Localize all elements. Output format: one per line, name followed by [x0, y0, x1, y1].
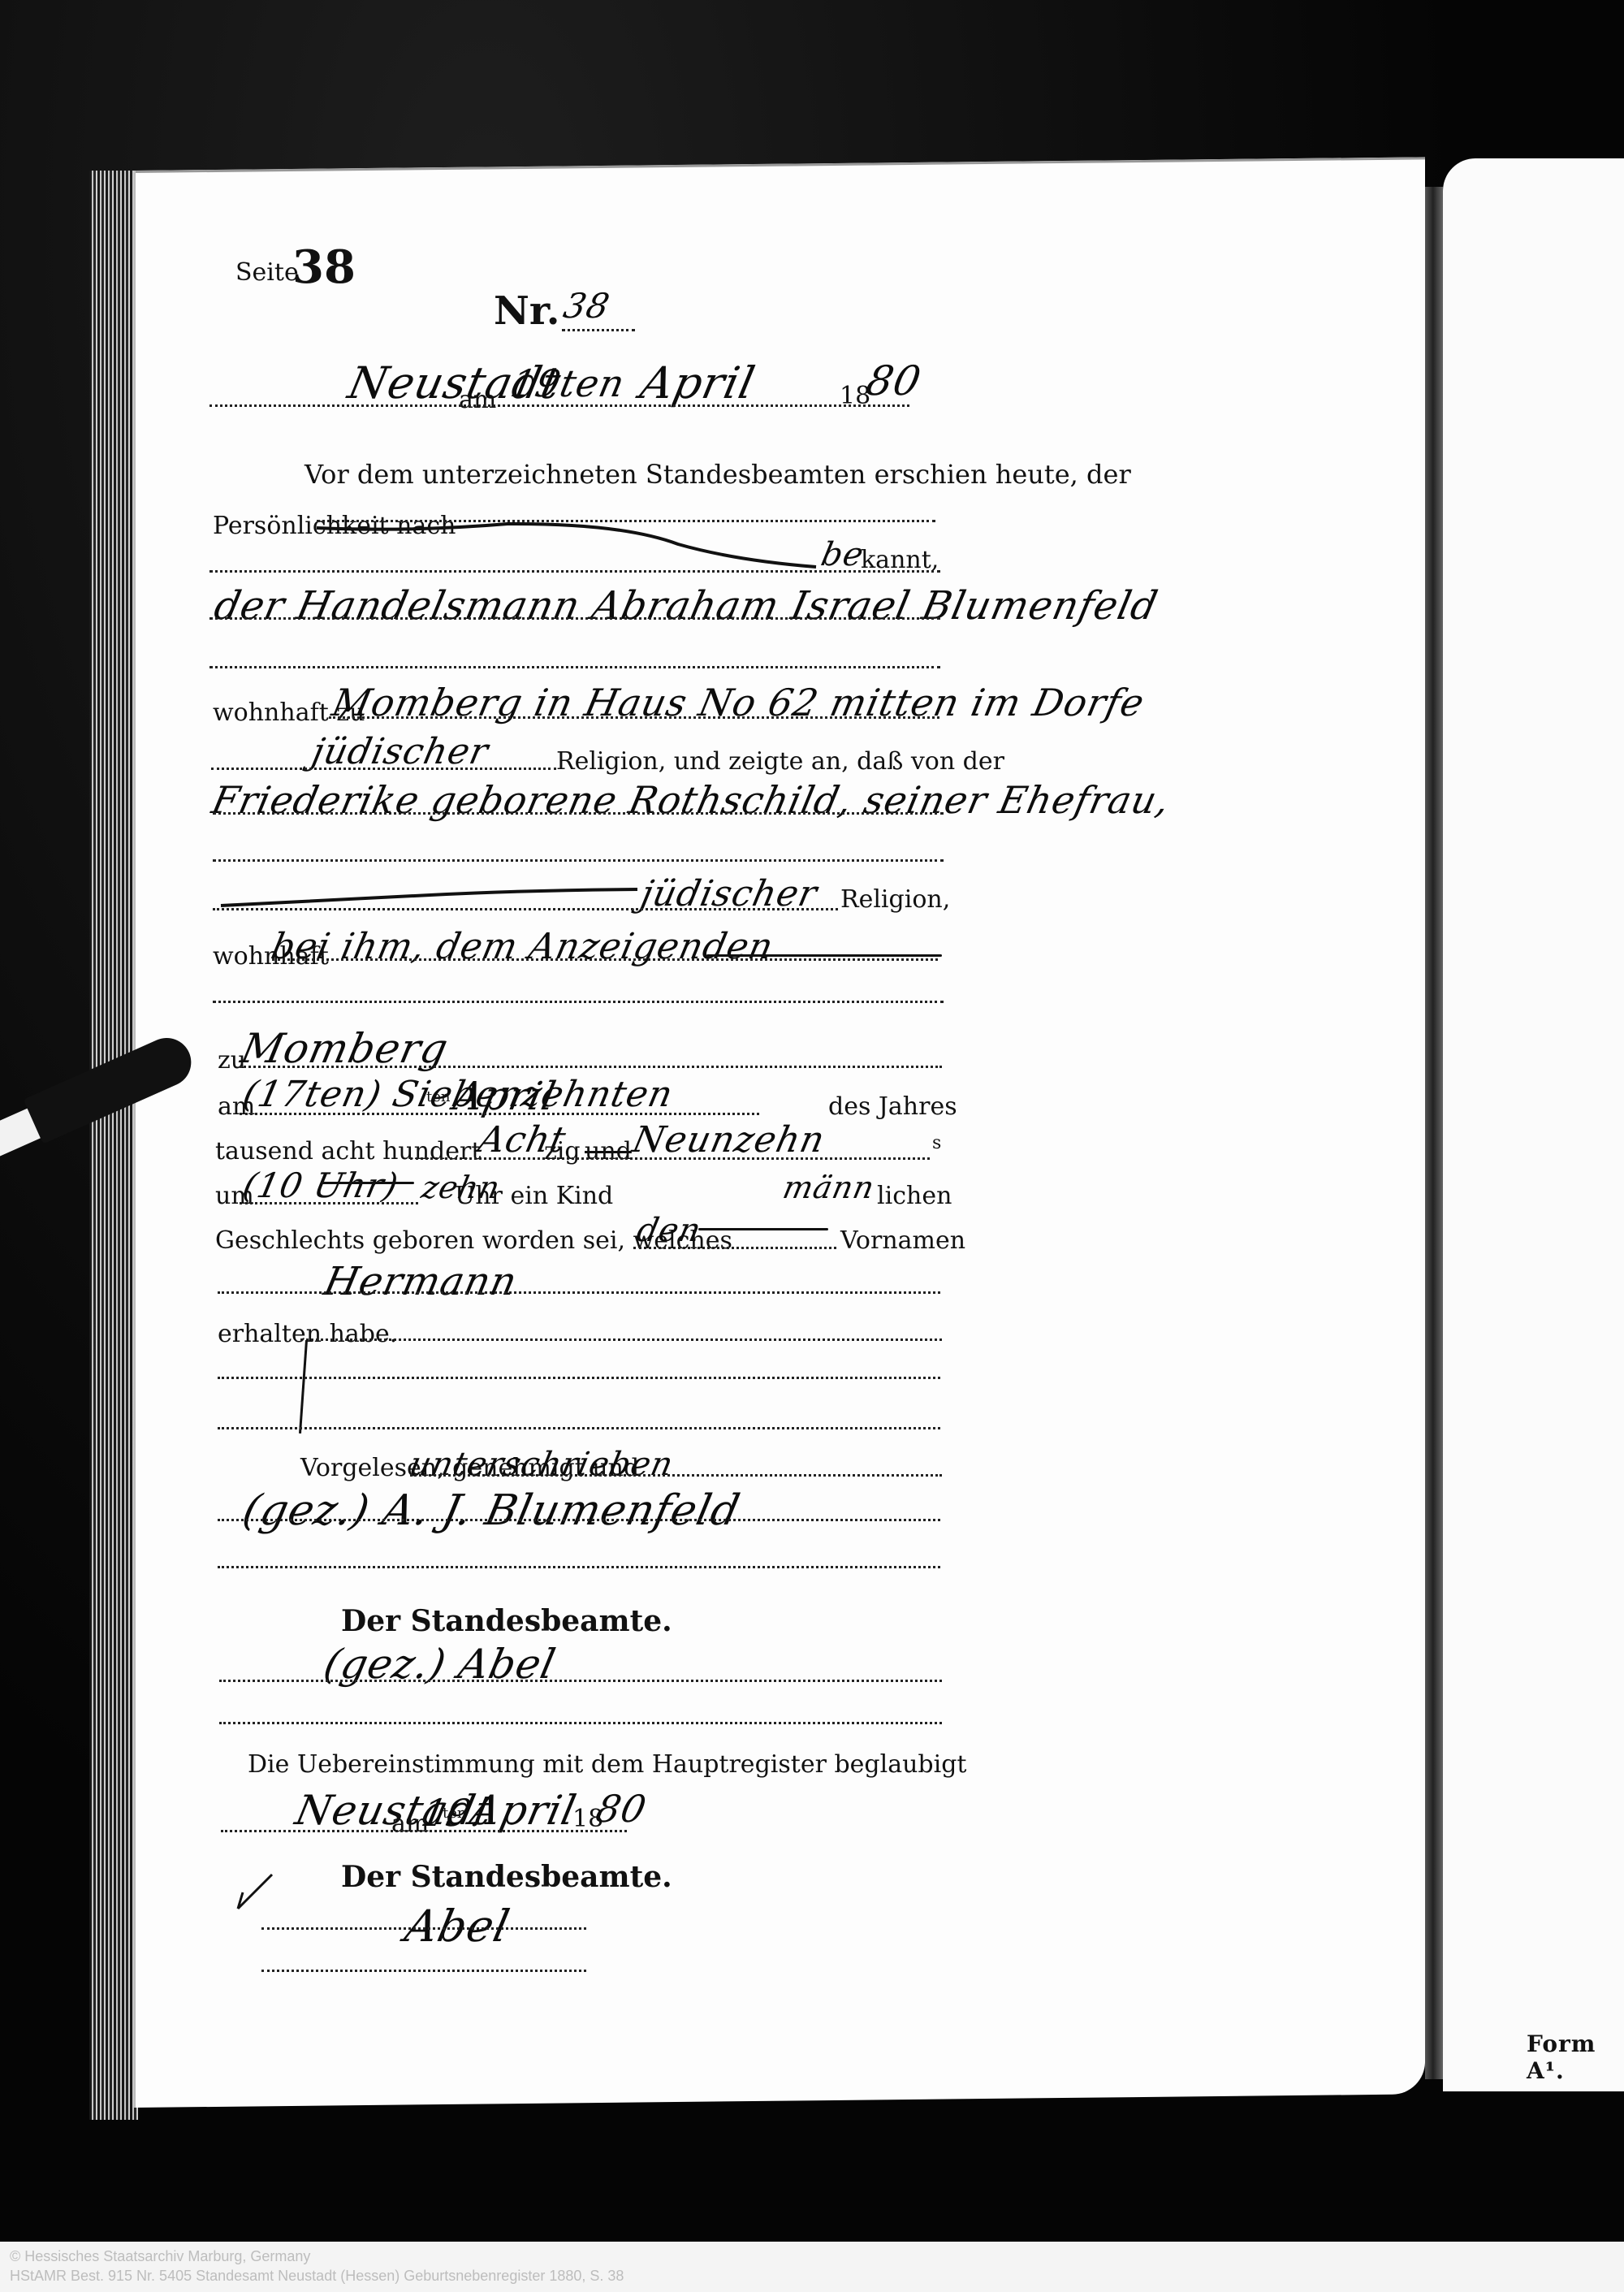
informant-religion: jüdischer: [309, 731, 493, 772]
birth-date-end: des Jahres: [828, 1092, 957, 1121]
dotted-line: [219, 1680, 942, 1682]
dotted-line: [240, 1113, 759, 1115]
record-number-label: Nr.: [494, 288, 559, 334]
registrar-title: Der Standesbeamte.: [341, 1604, 672, 1638]
dotted-line: [218, 1519, 940, 1521]
dotted-line: [261, 1927, 586, 1930]
dotted-line: [272, 958, 938, 961]
vorname-article: den: [633, 1212, 705, 1249]
cert-year-suffix: 80: [592, 1787, 650, 1831]
dotted-line: [410, 1157, 930, 1160]
time-line: Uhr ein Kind: [455, 1182, 613, 1210]
strike-through-line: [698, 1228, 828, 1230]
dotted-line: [213, 908, 838, 910]
dotted-line: [209, 617, 940, 620]
year-end: s: [932, 1133, 941, 1153]
religion-line-2: Religion,: [840, 885, 950, 914]
dotted-line: [300, 1338, 942, 1341]
dotted-line: [209, 570, 940, 573]
page-label: Seite: [235, 258, 299, 287]
dotted-line: [218, 1566, 940, 1568]
vertical-stroke: [299, 1340, 308, 1434]
dotted-line: [218, 1427, 940, 1429]
strike-through-line: [706, 954, 942, 957]
dotted-line: [562, 329, 635, 331]
dotted-line: [261, 1970, 586, 1972]
dotted-line: [211, 768, 556, 770]
page-number: 38: [292, 240, 356, 294]
dotted-line: [213, 1001, 944, 1003]
dotted-line: [329, 716, 939, 719]
dotted-line: [209, 666, 940, 668]
informant-name: der Handelsmann Abraham Israel Blumenfel…: [210, 583, 1162, 629]
birth-record-form: Seite 38 Nr. 38 Neustadt am 19ten April …: [0, 0, 1624, 2292]
mother-residence: bei ihm, dem Anzeigenden: [268, 926, 778, 967]
header-day: 19ten: [507, 361, 628, 405]
dotted-line: [240, 1202, 418, 1204]
header-year-suffix: 80: [862, 357, 926, 404]
child-sex: männ: [780, 1170, 878, 1205]
mother-name: Friederike geborene Rothschild, seiner E…: [208, 778, 1174, 822]
archive-footer: © Hessisches Staatsarchiv Marburg, Germa…: [0, 2242, 1624, 2292]
archive-reference: HStAMR Best. 915 Nr. 5405 Standesamt Neu…: [10, 2268, 624, 2285]
record-number: 38: [560, 286, 614, 326]
year-und-struck: und: [585, 1137, 632, 1165]
vorname-label: Vornamen: [840, 1226, 965, 1255]
informant-signature: (gez.) A. J. Blumenfeld: [239, 1486, 745, 1535]
copyright-text: © Hessisches Staatsarchiv Marburg, Germa…: [10, 2248, 310, 2265]
check-mark-icon: [231, 1868, 280, 1917]
dotted-line: [213, 812, 944, 815]
dotted-line: [209, 404, 909, 407]
header-am: am: [459, 386, 496, 414]
birth-year-units: Neunzehn: [629, 1119, 829, 1161]
year-label: tausend acht hundert: [215, 1137, 481, 1165]
cert-month: April: [466, 1787, 581, 1834]
dotted-line: [633, 1247, 836, 1249]
dotted-line: [218, 1377, 940, 1379]
dotted-line: [410, 1474, 942, 1477]
birth-time: (10 Uhr): [240, 1165, 403, 1205]
certification-line: Die Uebereinstimmung mit dem Hauptregist…: [248, 1750, 966, 1779]
header-month: April: [636, 357, 759, 409]
sex-suffix: lichen: [877, 1182, 952, 1210]
year-zig: zig: [544, 1137, 581, 1165]
strike-through-line: [321, 1182, 414, 1184]
cert-day-suffix: ten: [443, 1805, 466, 1822]
strike-through-line: [219, 885, 641, 910]
strike-through-line: [313, 520, 832, 569]
dotted-line: [221, 1830, 627, 1832]
birth-date-suffix: ten: [426, 1088, 450, 1105]
registrar-title-2: Der Standesbeamte.: [341, 1860, 672, 1894]
dotted-line: [213, 859, 944, 862]
dotted-line: [240, 1066, 942, 1068]
dotted-line: [219, 1722, 942, 1724]
religion-line-1: Religion, und zeigte an, daß von der: [556, 747, 1004, 776]
intro-line-2-hand: be: [818, 536, 867, 573]
approval-word: unterschrieben: [406, 1446, 676, 1483]
registrar-signature-2: Abel: [400, 1901, 514, 1952]
intro-line-1: Vor dem unterzeichneten Standesbeamten e…: [304, 459, 1131, 490]
child-name: Hermann: [320, 1259, 521, 1304]
dotted-line: [218, 1291, 940, 1294]
